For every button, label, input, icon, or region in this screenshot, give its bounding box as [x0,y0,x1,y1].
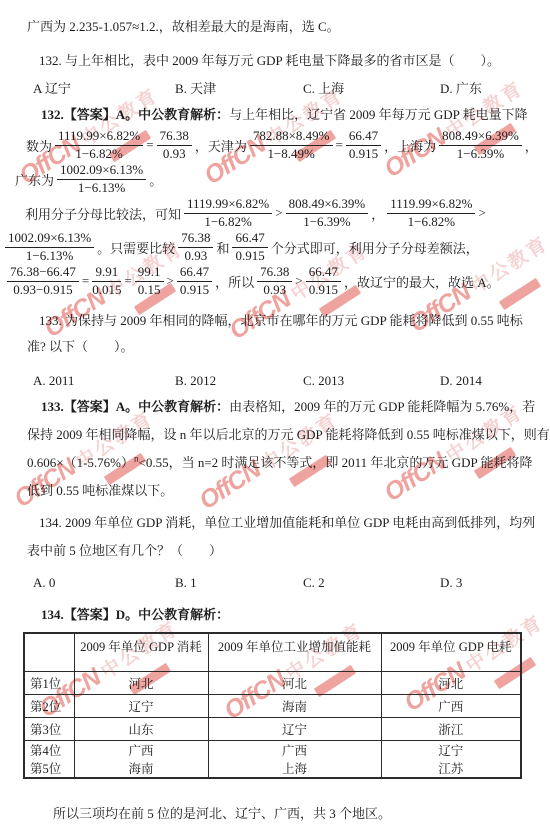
formula-text: = [124,273,131,289]
ranking-table: 2009 年单位 GDP 消耗2009 年单位工业增加值能耗2009 年单位 G… [23,632,522,779]
option-133-b: B. 2012 [175,368,303,394]
table-row: 第2位辽宁海南广西 [24,694,521,717]
formula-text: ，故辽宁的最大，故选 A。 [344,272,500,291]
document-content: 广西为 2.235-1.057≈1.2.，故相差最大的是海南，选 C。 132.… [0,0,550,827]
fraction-numerator: 1119.99×6.82% [55,129,143,146]
answer-133-line2: 保持 2009 年相同降幅，设 n 年以后北京的万元 GDP 能耗将降低到 0.… [25,422,530,448]
province-cell: 海南 [208,694,381,717]
rank-label-cell: 第2位 [24,694,74,717]
table-header-cell: 2009 年单位工业增加值能耗 [208,633,381,671]
option-133-d: D. 2014 [440,368,530,394]
formula-text: <0.55，当 n=2 时满足该不等式，即 2011 年北京的万元 GDP 能耗… [139,455,533,470]
fraction: 76.38−66.470.93−0.915 [7,265,79,297]
fraction: 782.88×8.49%1−8.49% [250,129,333,161]
table-header-cell: 2009 年单位 GDP 电耗 [381,633,521,671]
fraction: 808.49×6.39%1−6.39% [286,197,369,229]
fraction-numerator: 808.49×6.39% [286,197,369,214]
question-133-line2: 准? 以下（ ）。 [25,334,530,360]
fraction-numerator: 66.47 [306,265,341,282]
option-133-a: A. 2011 [33,368,175,394]
fraction-numerator: 76.38−66.47 [7,265,79,282]
options-132: A 辽宁 B. 天津 C. 上海 D. 广东 [25,76,530,102]
options-133: A. 2011 B. 2012 C. 2013 D. 2014 [25,368,530,394]
fraction: 99.10.15 [135,265,164,297]
fraction-denominator: 1−6.13% [78,180,125,196]
formula-text: 。 [149,170,162,189]
fraction: 76.380.93 [157,129,192,161]
question-134-line1: 134. 2009 年单位 GDP 消耗，单位工业增加值能耗和单位 GDP 电耗… [25,510,530,536]
table-corner-cell [24,633,74,671]
province-cell: 河北 [381,671,521,694]
fraction-numerator: 1002.09×6.13% [57,163,146,180]
fraction-numerator: 1002.09×6.13% [5,231,94,248]
formula-text: ，上海为 [384,136,436,155]
fraction: 1119.99×6.82%1−6.82% [55,129,143,161]
formula-text: ， [525,136,538,155]
formula-text: 0.606×（1-5.76%） [27,455,134,470]
answer-132-lead-text: 与上年相比，辽宁省 2009 年每万元 GDP 耗电量下降 [229,107,528,122]
option-132-d: D. 广东 [440,76,530,102]
formula-text: 个分式即可，利用分子分母差额法， [271,238,479,257]
province-cell: 广西 [74,740,208,759]
province-cell: 浙江 [381,717,521,740]
fraction: 808.49×6.39%1−6.39% [439,129,522,161]
table-row: 第3位山东辽宁浙江 [24,717,521,740]
fraction-denominator: 1−6.82% [204,214,251,230]
exam-solution-page: OffCN中公教育OffCN中公教育OffCN中公教育OffCN中公教育OffC… [0,0,550,840]
fraction-numerator: 76.38 [157,129,192,146]
option-134-a: A. 0 [33,570,175,596]
answer-133-line3: 0.606×（1-5.76%）n<0.55，当 n=2 时满足该不等式，即 20… [25,450,530,476]
fraction: 1119.99×6.82%1−6.82% [387,197,475,229]
fraction: 1002.09×6.13%1−6.13% [5,231,94,263]
table-row: 第4位广西广西辽宁 [24,740,521,759]
province-cell: 江苏 [381,759,521,778]
fraction-numerator: 1119.99×6.82% [387,197,475,214]
fraction: 66.470.915 [232,231,267,263]
fraction-numerator: 1119.99×6.82% [184,197,272,214]
table-row: 第1位河北河北河北 [24,671,521,694]
formula-text: ，天津为 [195,136,247,155]
fraction: 66.470.915 [177,265,212,297]
fraction-numerator: 782.88×8.49% [250,129,333,146]
formula-text: = [336,137,343,153]
fraction: 76.380.93 [257,265,292,297]
fraction-denominator: 0.93 [263,282,286,298]
province-cell: 河北 [208,671,381,694]
formula-text: > [167,273,174,289]
answer-134-head: 134.【答案】D。中公教育解析： [41,607,229,622]
rank-label-cell: 第3位 [24,717,74,740]
fraction-denominator: 1−6.82% [75,146,122,162]
province-cell: 海南 [74,759,208,778]
province-cell: 辽宁 [74,694,208,717]
answer-133-line4: 低到 0.55 吨标准煤以下。 [25,478,530,504]
fraction-denominator: 0.93 [163,146,186,162]
closing-line: 所以三项均在前 5 位的是河北、辽宁、广西，共 3 个地区。 [25,801,530,827]
option-132-a: A 辽宁 [33,76,175,102]
option-132-b: B. 天津 [175,76,303,102]
fraction-numerator: 66.47 [177,265,212,282]
fraction-numerator: 66.47 [346,129,381,146]
fraction-denominator: 1−6.13% [26,248,73,264]
table-row: 第5位海南上海江苏 [24,759,521,778]
formula-line-guangdong: 广东为1002.09×6.13%1−6.13%。 [15,162,530,196]
formula-line-difference: 76.38−66.470.93−0.915=9.910.015=99.10.15… [4,264,530,298]
formula-text: 和 [216,238,229,257]
fraction: 66.470.915 [346,129,381,161]
fraction: 9.910.015 [92,265,121,297]
option-134-d: D. 3 [440,570,530,596]
options-134: A. 0 B. 1 C. 2 D. 3 [25,570,530,596]
fraction-numerator: 76.38 [257,265,292,282]
province-cell: 山东 [74,717,208,740]
fraction: 76.380.93 [178,231,213,263]
fraction-numerator: 66.47 [232,231,267,248]
fraction-numerator: 808.49×6.39% [439,129,522,146]
answer-133-lead-text: 由表格知，2009 年的万元 GDP 能耗降幅为 5.76%，若 [229,399,535,414]
province-cell: 辽宁 [208,717,381,740]
formula-text: = [82,273,89,289]
fraction-denominator: 0.915 [309,282,338,298]
fraction-denominator: 0.015 [92,282,121,298]
fraction: 1119.99×6.82%1−6.82% [184,197,272,229]
formula-line-liaoning: 数为1119.99×6.82%1−6.82%=76.380.93，天津为782.… [25,128,530,162]
fraction-denominator: 1−6.39% [457,146,504,162]
formula-text: > [295,273,302,289]
formula-text: ，所以 [215,272,254,291]
answer-132-lead: 132.【答案】A。中公教育解析：与上年相比，辽宁省 2009 年每万元 GDP… [25,102,530,128]
question-134-line2: 表中前 5 位地区有几个？（ ） [25,538,530,564]
province-cell: 广西 [208,740,381,759]
fraction-numerator: 9.91 [92,265,121,282]
table-header-row: 2009 年单位 GDP 消耗2009 年单位工业增加值能耗2009 年单位 G… [24,633,521,671]
answer-133-lead: 133.【答案】A。中公教育解析：由表格知，2009 年的万元 GDP 能耗降幅… [25,394,530,420]
question-133-line1: 133. 为保持与 2009 年相同的降幅，北京市在哪年的万元 GDP 能耗将降… [25,308,530,334]
question-132: 132. 与上年相比，表中 2009 年每万元 GDP 耗电量下降最多的省市区是… [25,48,530,74]
rank-label-cell: 第1位 [24,671,74,694]
formula-text: = [146,137,153,153]
fraction-denominator: 1−6.39% [303,214,350,230]
answer-133-head: 133.【答案】A。中公教育解析： [41,399,229,414]
fraction-numerator: 99.1 [135,265,164,282]
formula-text: ， [371,204,384,223]
option-133-c: C. 2013 [303,368,440,394]
formula-text: > [478,205,485,221]
fraction-denominator: 1−8.49% [267,146,314,162]
rank-label-cell: 第5位 [24,759,74,778]
option-134-c: C. 2 [303,570,440,596]
formula-text: 。只需要比较 [97,238,175,257]
rank-label-cell: 第4位 [24,740,74,759]
fraction-numerator: 76.38 [178,231,213,248]
province-cell: 辽宁 [381,740,521,759]
fraction-denominator: 0.15 [138,282,161,298]
province-cell: 广西 [381,694,521,717]
answer-134-head-line: 134.【答案】D。中公教育解析： [25,602,530,628]
answer-132-head: 132.【答案】A。中公教育解析： [41,107,229,122]
formula-text: 利用分子分母比较法，可知 [25,204,181,223]
formula-line-compare: 利用分子分母比较法，可知1119.99×6.82%1−6.82%>808.49×… [25,196,530,230]
formula-line-compare2: 1002.09×6.13%1−6.13%。只需要比较76.380.93和66.4… [2,230,530,264]
fraction: 66.470.915 [306,265,341,297]
intro-line: 广西为 2.235-1.057≈1.2.，故相差最大的是海南，选 C。 [25,14,530,40]
table-header-cell: 2009 年单位 GDP 消耗 [74,633,208,671]
province-cell: 河北 [74,671,208,694]
fraction-denominator: 0.93 [184,248,207,264]
fraction-denominator: 0.915 [349,146,378,162]
option-132-c: C. 上海 [303,76,440,102]
fraction-denominator: 0.93−0.915 [13,282,72,298]
formula-text: 数为 [26,136,52,155]
province-cell: 上海 [208,759,381,778]
fraction-denominator: 1−6.82% [408,214,455,230]
fraction: 1002.09×6.13%1−6.13% [57,163,146,195]
option-134-b: B. 1 [175,570,303,596]
fraction-denominator: 0.915 [180,282,209,298]
formula-text: > [275,205,282,221]
formula-text: 广东为 [15,170,54,189]
fraction-denominator: 0.915 [235,248,264,264]
